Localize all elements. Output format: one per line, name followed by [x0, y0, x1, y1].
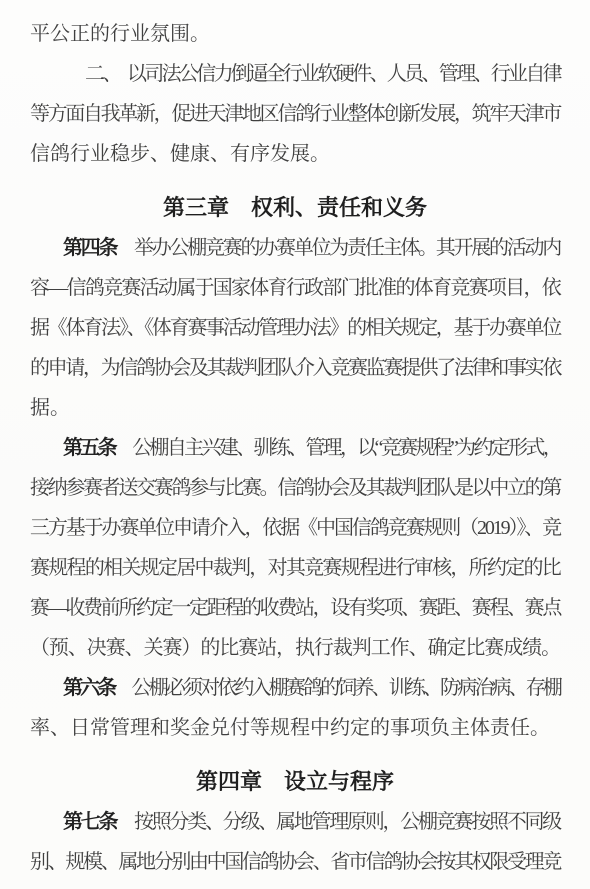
text-line: 的申请，为信鸽协会及其裁判团队介入竞赛监赛提供了法律和事实依 — [30, 348, 560, 388]
text-line: 赛规程的相关规定居中裁判，对其竞赛规程进行审核，所约定的比 — [30, 548, 560, 588]
text-line: 第六条 公棚必须对依约入棚赛鸽的饲养、训练、防病治病、存棚 — [30, 668, 560, 708]
text-line: 率、日常管理和奖金兑付等规程中约定的事项负主体责任。 — [30, 708, 560, 748]
chapter-heading: 第四章 设立与程序 — [30, 762, 560, 802]
article-number: 第六条 — [63, 677, 114, 699]
article-number: 第七条 — [63, 811, 116, 833]
text-line: 据《体育法》、《体育赛事活动管理办法》的相关规定，基于办赛单位 — [30, 308, 560, 348]
text-line: 据。 — [30, 388, 560, 428]
article-number: 第五条 — [63, 437, 115, 459]
text-line: 平公正的行业氛围。 — [30, 14, 560, 54]
text-line: 信鸽行业稳步、健康、有序发展。 — [30, 134, 560, 174]
text-line: 第七条 按照分类、分级、属地管理原则，公棚竞赛按照不同级 — [30, 802, 560, 842]
paragraph: 第六条 公棚必须对依约入棚赛鸽的饲养、训练、防病治病、存棚率、日常管理和奖金兑付… — [30, 668, 560, 748]
text-line: 等方面自我革新，促进天津地区信鸽行业整体创新发展，筑牢天津市 — [30, 94, 560, 134]
text-line: 接纳参赛者送交赛鸽参与比赛。信鸽协会及其裁判团队是以中立的第 — [30, 468, 560, 508]
paragraph: 二、 以司法公信力倒逼全行业软硬件、人员、管理、行业自律等方面自我革新，促进天津… — [30, 54, 560, 174]
paragraph: 平公正的行业氛围。 — [30, 14, 560, 54]
text-line: 三方基于办赛单位申请介入，依据《中国信鸽竞赛规则（2019）》、竞 — [30, 508, 560, 548]
paragraph: 第七条 按照分类、分级、属地管理原则，公棚竞赛按照不同级别、规模、属地分别由中国… — [30, 802, 560, 882]
chapter-heading: 第三章 权利、责任和义务 — [30, 188, 560, 228]
text-line: 第四条 举办公棚竞赛的办赛单位为责任主体。其开展的活动内 — [30, 228, 560, 268]
text-line: （预、决赛、关赛）的比赛站，执行裁判工作、确定比赛成绩。 — [30, 628, 560, 668]
text-line: 容—信鸽竞赛活动属于国家体育行政部门批准的体育竞赛项目，依 — [30, 268, 560, 308]
article-number: 第四条 — [63, 237, 116, 259]
text-line: 第五条 公棚自主兴建、驯练、管理，以“竞赛规程”为约定形式， — [30, 428, 560, 468]
paragraph: 第四条 举办公棚竞赛的办赛单位为责任主体。其开展的活动内容—信鸽竞赛活动属于国家… — [30, 228, 560, 428]
document-page: 平公正的行业氛围。二、 以司法公信力倒逼全行业软硬件、人员、管理、行业自律等方面… — [0, 0, 590, 889]
text-line: 赛—收费前所约定一定距程的收费站，设有奖项、赛距、赛程、赛点 — [30, 588, 560, 628]
text-line: 别、规模、属地分别由中国信鸽协会、省市信鸽协会按其权限受理竞 — [30, 842, 560, 882]
text-line: 二、 以司法公信力倒逼全行业软硬件、人员、管理、行业自律 — [30, 54, 560, 94]
paragraph: 第五条 公棚自主兴建、驯练、管理，以“竞赛规程”为约定形式，接纳参赛者送交赛鸽参… — [30, 428, 560, 668]
